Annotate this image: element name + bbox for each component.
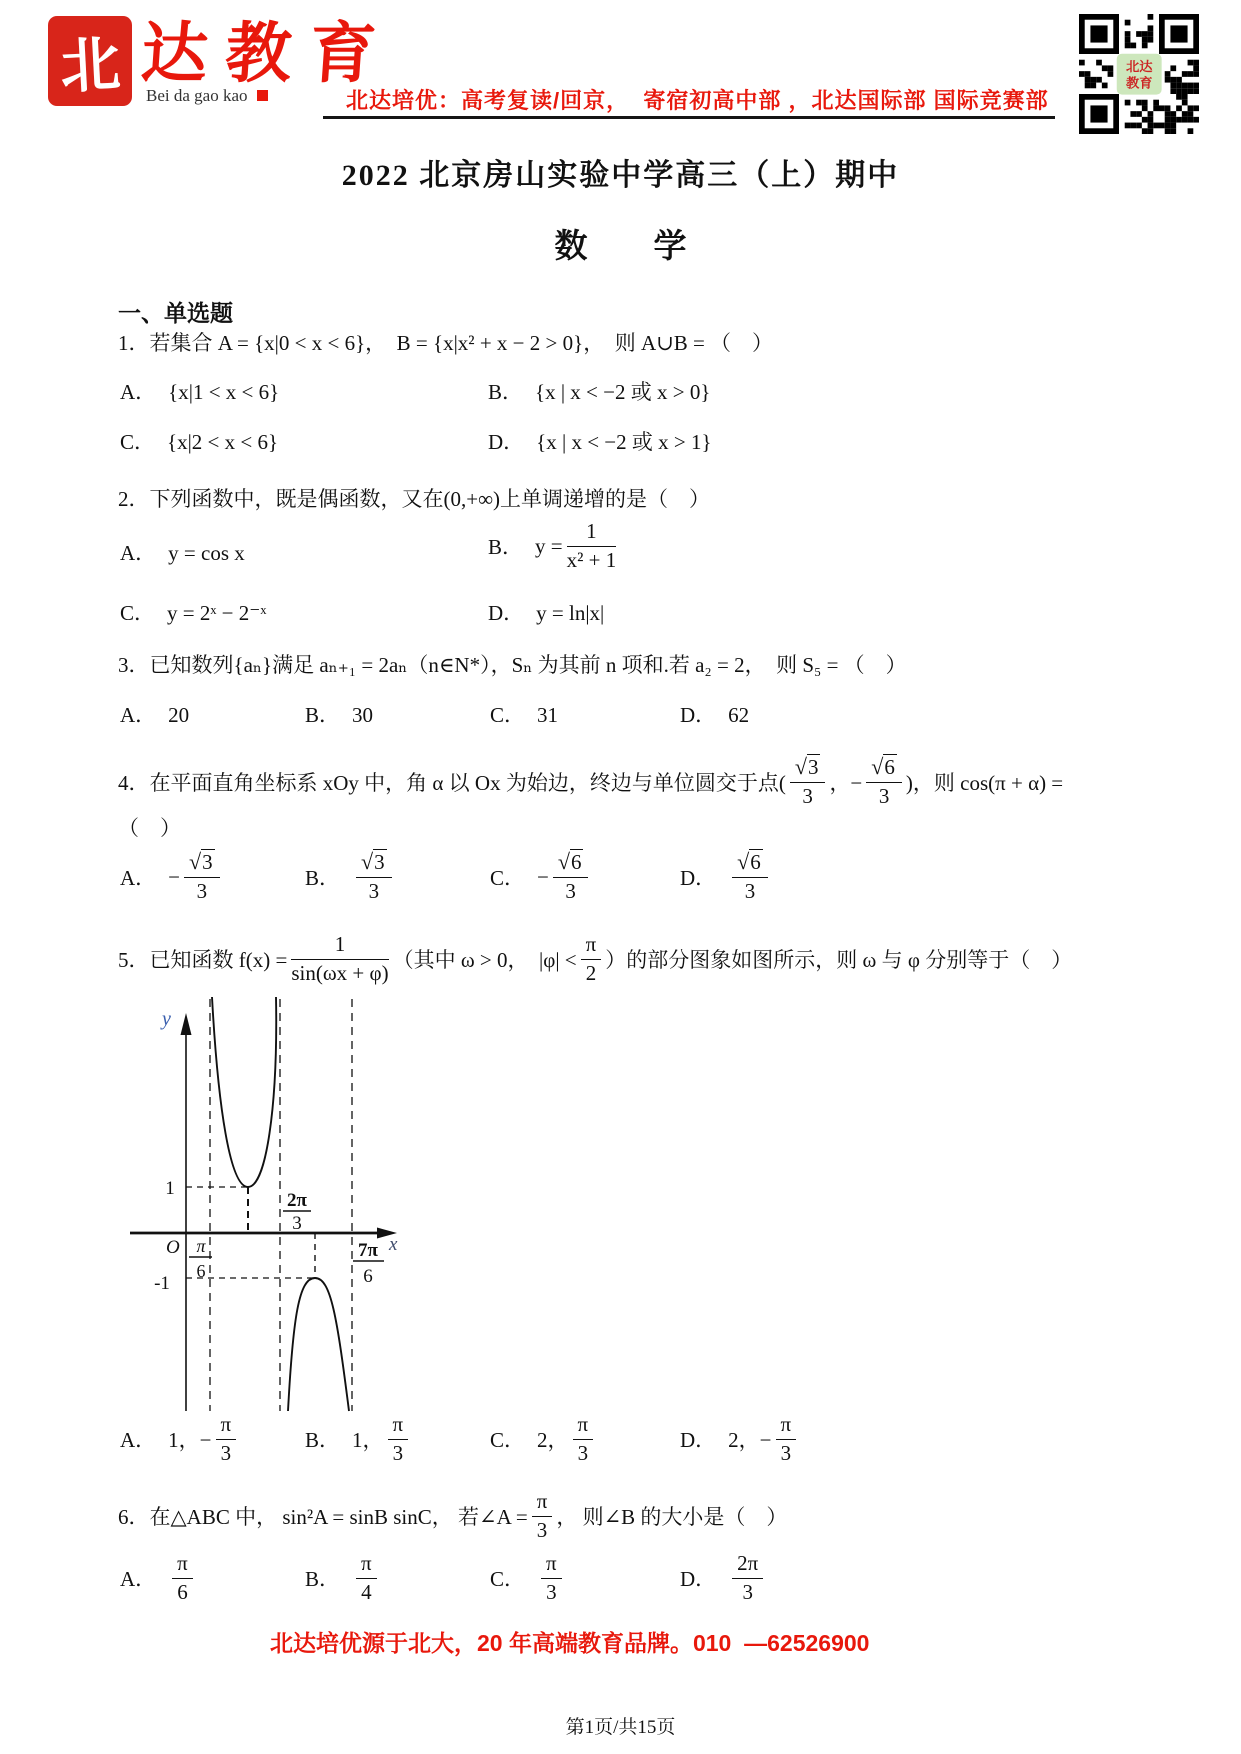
q1-option-c: C．{x|2 < x < 6}	[120, 426, 278, 456]
exam-title: 2022 北京房山实验中学高三（上）期中	[0, 150, 1241, 194]
curve-upper-branch	[212, 997, 276, 1187]
qr-label-line2: 教育	[1126, 74, 1153, 90]
exam-page: 北 达教育 Bei da gao kao 北达培优：高考复读/回京， 寄宿初高中…	[0, 0, 1241, 1754]
fraction: π2	[581, 933, 602, 985]
q6-option-a: A．π6	[120, 1550, 197, 1606]
q1-option-b: B．{x | x < −2 或 x > 0}	[488, 376, 710, 406]
tick-label-neg1: -1	[154, 1273, 170, 1294]
radical-sign: √	[795, 754, 807, 779]
q5-option-a: A．1，−π3	[120, 1410, 240, 1468]
brand-name: 达教育	[139, 0, 398, 95]
origin-label: O	[166, 1237, 180, 1258]
q2-option-b: B．y = 1x² + 1	[488, 512, 620, 580]
q2-option-a: A．y = cos x	[120, 537, 245, 567]
qr-label-line1: 北达	[1126, 58, 1153, 74]
q3-option-b: B．30	[305, 699, 373, 729]
question-2-stem: 2．下列函数中，既是偶函数，又在(0,+∞)上单调递增的是（ ）	[118, 483, 710, 513]
fraction: π3	[216, 1413, 237, 1465]
q2-option-d: D．y = ln|x|	[488, 597, 604, 627]
exam-subject: 数 学	[0, 220, 1241, 267]
q6-option-b: B．π4	[305, 1550, 381, 1606]
tick-pi6-den: 6	[197, 1261, 206, 1281]
function-graph: y x O 1 -1 π 6 2π 3 7π 6	[100, 995, 520, 1413]
tick-7pi6-den: 6	[363, 1266, 373, 1287]
q6-option-c: C．π3	[490, 1550, 566, 1606]
q2-option-c: C．y = 2ˣ − 2⁻ˣ	[120, 597, 266, 627]
q1-option-a: A．{x|1 < x < 6}	[120, 376, 279, 406]
tick-label-1: 1	[165, 1178, 175, 1199]
fraction: π3	[541, 1552, 562, 1604]
fraction: π3	[532, 1490, 553, 1542]
q6-option-d: D．2π3	[680, 1550, 767, 1606]
fraction: π4	[356, 1552, 377, 1604]
x-axis-label: x	[388, 1234, 398, 1255]
header-divider	[323, 116, 1055, 119]
question-6-stem: 6．在△ABC 中， sin²A = sinB sinC， 若∠A = π3 ，…	[118, 1486, 787, 1546]
fraction: √63	[866, 755, 902, 808]
section-heading: 一、单选题	[118, 295, 233, 328]
header-slogan: 北达培优：高考复读/回京， 寄宿初高中部 ，北达国际部 国际竞赛部	[346, 84, 1049, 115]
q4-option-d: D．√63	[680, 845, 772, 909]
brand-seal-logo: 北	[48, 16, 132, 106]
y-axis-label: y	[160, 1008, 171, 1030]
fraction: √33	[184, 850, 220, 903]
question-3-stem: 3．已知数列{aₙ}满足 aₙ₊₁ = 2aₙ（n∈N*），Sₙ 为其前 n 项…	[118, 649, 907, 679]
page-number: 第1页/共15页	[0, 1712, 1241, 1739]
fraction: π3	[388, 1413, 409, 1465]
y-axis-arrow-icon	[181, 1013, 192, 1035]
tick-2pi3-num: 2π	[287, 1190, 308, 1211]
fraction: 2π3	[732, 1552, 763, 1604]
fraction: π3	[573, 1413, 594, 1465]
qr-code: 北达 教育	[1078, 14, 1200, 139]
fraction: 1sin(ωx + φ)	[291, 933, 388, 985]
tick-2pi3-den: 3	[292, 1213, 302, 1234]
q5-option-b: B．1，π3	[305, 1410, 412, 1468]
q4-option-c: C．−√63	[490, 845, 592, 909]
red-square-icon	[257, 90, 268, 101]
curve-lower-branch	[288, 1278, 349, 1411]
fraction: √63	[553, 850, 589, 903]
footer-promo: 北达培优源于北大，20 年高端教育品牌。010 —62526900	[270, 1625, 869, 1658]
question-1-stem: 1．若集合 A = {x|0 < x < 6}， B = {x|x² + x −…	[118, 327, 773, 357]
fraction: √33	[790, 755, 826, 808]
fraction: π3	[776, 1413, 797, 1465]
q5-option-d: D．2，−π3	[680, 1410, 800, 1468]
tick-pi6-num: π	[196, 1236, 206, 1256]
question-4-stem: 4．在平面直角坐标系 xOy 中，角 α 以 Ox 为始边，终边与单位圆交于点(…	[118, 747, 1063, 817]
fraction: √63	[732, 850, 768, 903]
q1-option-d: D．{x | x < −2 或 x > 1}	[488, 426, 712, 456]
fraction: √33	[356, 850, 392, 903]
fraction: π6	[172, 1552, 193, 1604]
q4-option-a: A．−√33	[120, 845, 224, 909]
brand-pinyin: Bei da gao kao	[146, 86, 268, 106]
q5-option-c: C．2，π3	[490, 1410, 597, 1468]
q3-option-c: C．31	[490, 699, 558, 729]
q3-option-a: A．20	[120, 699, 189, 729]
question-4-stem-line2: （ ）	[118, 812, 181, 842]
q4-option-b: B．√33	[305, 845, 396, 909]
question-5-stem: 5．已知函数 f(x) = 1sin(ωx + φ) （其中 ω > 0， |φ…	[118, 924, 1072, 994]
fraction: 1x² + 1	[567, 520, 617, 572]
radical-sign: √	[871, 754, 883, 779]
tick-7pi6-num: 7π	[358, 1240, 379, 1261]
seal-character: 北	[58, 16, 122, 105]
q3-option-d: D．62	[680, 699, 749, 729]
